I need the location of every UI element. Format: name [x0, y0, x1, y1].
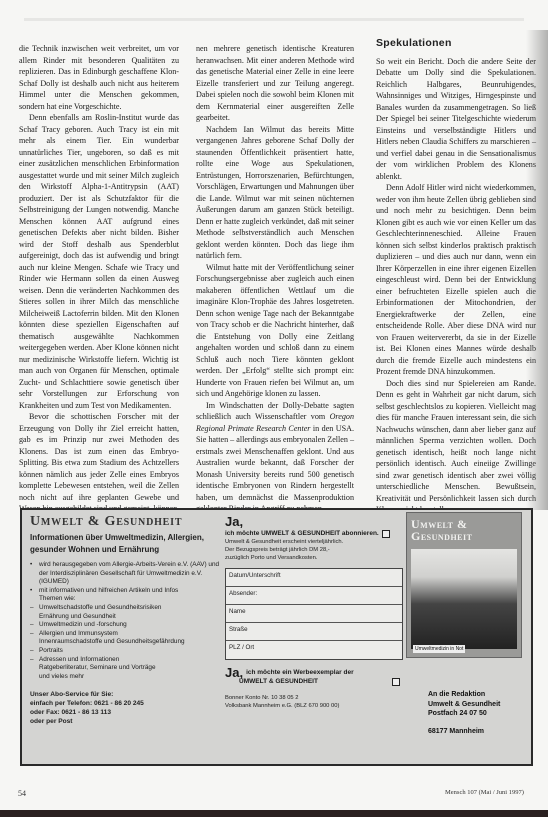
- address-line: An die Redaktion: [428, 690, 524, 700]
- ad-feature-item: Umweltmedizin und -forschung: [30, 621, 230, 630]
- scan-edge-shadow: [526, 30, 548, 510]
- paragraph: Wilmut hatte mit der Veröffentlichung se…: [196, 262, 354, 400]
- paragraph: So weit ein Bericht. Doch die andere Sei…: [376, 56, 536, 183]
- ad-subtitle: Informationen über Umweltmedizin, Allerg…: [30, 532, 230, 556]
- sample-label: ich möchte ein Werbeexemplar der: [246, 668, 354, 677]
- subscribe-checkbox[interactable]: [382, 530, 390, 538]
- street-field[interactable]: Straße: [226, 623, 402, 641]
- paragraph: Im Windschatten der Dolly-Debatte sagten…: [196, 400, 354, 515]
- terms-line: zuzüglich Porto und Versandkosten.: [225, 554, 400, 562]
- abo-service-heading: Unser Abo-Service für Sie:: [30, 690, 144, 699]
- abo-service: Unser Abo-Service für Sie: einfach per T…: [30, 690, 144, 726]
- paragraph: nen mehrere genetisch identische Kreatur…: [196, 43, 354, 124]
- bank-line: Bonner Konto Nr. 10 38 05 2: [225, 694, 400, 702]
- ad-feature-item: Portraits: [30, 647, 230, 656]
- ad-feature-item: Allergien und Immunsystem: [30, 630, 230, 639]
- ad-feature-item: Ratgeberliteratur, Seminare und Vorträge: [30, 664, 230, 673]
- ad-feature-item: Adressen und Informationen: [30, 656, 230, 665]
- ad-feature-item: wird herausgegeben vom Allergie-Arbeits-…: [30, 561, 230, 587]
- sender-field[interactable]: Absender:: [226, 587, 402, 605]
- sample-checkbox[interactable]: [392, 678, 400, 686]
- subscribe-label: ich möchte UMWELT & GESUNDHEIT abonniere…: [225, 529, 379, 538]
- cover-title: Umwelt & Gesundheit: [411, 518, 472, 542]
- sample-name: UMWELT & GESUNDHEIT: [239, 677, 318, 686]
- cover-caption: Umweltmedizin in Not: [413, 645, 465, 653]
- abo-post: oder per Post: [30, 717, 144, 726]
- page-number: 54: [18, 789, 26, 798]
- ad-info: Umwelt & Gesundheit Informationen über U…: [30, 514, 230, 681]
- issue-info: Mensch 107 (Mai / Juni 1997): [445, 789, 524, 796]
- ad-feature-item: Themen wie:: [30, 595, 230, 604]
- cover-photo: [411, 549, 517, 649]
- paragraph: Denn Adolf Hitler wird nicht wiederkomme…: [376, 182, 536, 378]
- magazine-cover-image: Umwelt & Gesundheit Umweltmedizin in Not: [406, 512, 522, 658]
- article-column-3: Spekulationen So weit ein Bericht. Doch …: [376, 38, 536, 516]
- terms-line: Umwelt & Gesundheit erscheint vierteljäh…: [225, 538, 400, 546]
- sample-name-row: UMWELT & GESUNDHEIT: [225, 677, 400, 686]
- abo-phone: einfach per Telefon: 0621 - 86 20 245: [30, 699, 144, 708]
- section-heading: Spekulationen: [376, 38, 536, 50]
- ad-feature-item: und vieles mehr: [30, 673, 230, 682]
- ja2-heading: Ja,: [225, 668, 243, 677]
- ad-feature-item: mit informativen und hilfreichen Artikel…: [30, 587, 230, 596]
- magazine-page: die Technik inzwischen weit verbreitet, …: [0, 0, 548, 817]
- address-city: 68177 Mannheim: [428, 727, 524, 737]
- paragraph: Denn ebenfalls am Roslin-Institut wurde …: [19, 112, 179, 411]
- paragraph: die Technik inzwischen weit verbreitet, …: [19, 43, 179, 112]
- signature-field[interactable]: Datum/Unterschrift: [226, 569, 402, 587]
- ad-feature-item: Innenraumschadstoffe und Gesundheitsgefä…: [30, 638, 230, 647]
- name-field[interactable]: Name: [226, 605, 402, 623]
- paragraph: Bevor die schottischen Forscher mit der …: [19, 411, 179, 515]
- ad-cover-and-address: Umwelt & Gesundheit Umweltmedizin in Not…: [406, 512, 524, 736]
- sample-option[interactable]: Ja, ich möchte ein Werbeexemplar der: [225, 668, 400, 677]
- paragraph: Doch dies sind nur Spielereien am Rande.…: [376, 378, 536, 516]
- cover-title-line: Gesundheit: [411, 530, 472, 542]
- order-form: Ja, ich möchte UMWELT & GESUNDHEIT abonn…: [225, 514, 400, 710]
- address-line: Umwelt & Gesundheit: [428, 700, 524, 710]
- bank-info: Bonner Konto Nr. 10 38 05 2 Volksbank Ma…: [225, 694, 400, 710]
- subscribe-option[interactable]: ich möchte UMWELT & GESUNDHEIT abonniere…: [225, 529, 400, 538]
- address-form: Datum/Unterschrift Absender: Name Straße…: [225, 568, 403, 660]
- article-column-2: nen mehrere genetisch identische Kreatur…: [196, 43, 354, 515]
- ad-feature-item: Ernährung und Gesundheit: [30, 613, 230, 622]
- ad-title: Umwelt & Gesundheit: [30, 514, 230, 530]
- abo-fax: oder Fax: 0621 - 86 13 113: [30, 708, 144, 717]
- ad-feature-item: Umweltschadstoffe und Gesundheitsrisiken: [30, 604, 230, 613]
- article-column-1: die Technik inzwischen weit verbreitet, …: [19, 43, 179, 515]
- address-line: Postfach 24 07 50: [428, 709, 524, 719]
- zip-city-field[interactable]: PLZ / Ort: [226, 641, 402, 659]
- bank-line: Volksbank Mannheim e.G. (BLZ 670 900 00): [225, 702, 400, 710]
- terms-line: Der Bezugspreis beträgt jährlich DM 28,-: [225, 546, 400, 554]
- subscription-ad: Umwelt & Gesundheit Informationen über U…: [20, 508, 533, 766]
- top-rule: [24, 18, 524, 21]
- paragraph: Nachdem Ian Wilmut das bereits Mitte ver…: [196, 124, 354, 262]
- ad-feature-list: wird herausgegeben vom Allergie-Arbeits-…: [30, 561, 230, 681]
- scan-bottom-edge: [0, 810, 548, 817]
- ja-heading: Ja,: [225, 514, 400, 529]
- mailing-address: An die Redaktion Umwelt & Gesundheit Pos…: [428, 690, 524, 736]
